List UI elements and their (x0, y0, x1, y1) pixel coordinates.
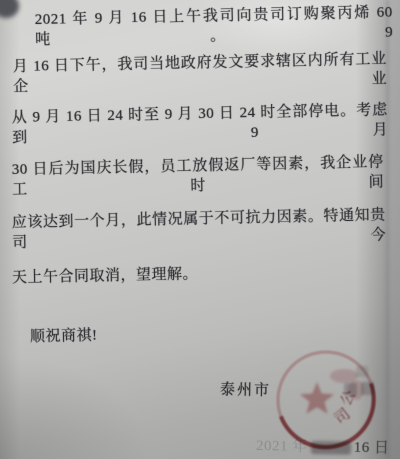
document-line: 天上午合同取消，望理解。 (12, 264, 198, 288)
document-line: 应该达到一个月，此情况属于不可抗力因素。特通知贵司今 (12, 205, 387, 253)
letter-photo: 2021 年 9 月 16 日上午我司向贵司订购聚丙烯 60 吨。9 月 16 … (0, 0, 400, 459)
document-line: 2021 年 9 月 16 日上午我司向贵司订购聚丙烯 60 吨。9 (35, 3, 394, 50)
seal-star-icon (300, 382, 334, 414)
document-line: 月 16 日下午，我司当地政府发文要求辖区内所有工业企业 (13, 49, 388, 97)
photo-corner-shadow (0, 0, 19, 18)
document-line: 30 日后为国庆长假，员工放假返厂等因素，我企业停工时间 (12, 152, 385, 200)
company-seal-stamp: 公 司 (272, 346, 380, 454)
document-line: 从 9 月 16 日 24 时至 9 月 30 日 24 时全部停电。考虑到 9… (12, 100, 389, 148)
signature-company: 泰州市 (220, 380, 271, 401)
closing-salutation: 顺祝商祺! (30, 326, 98, 347)
